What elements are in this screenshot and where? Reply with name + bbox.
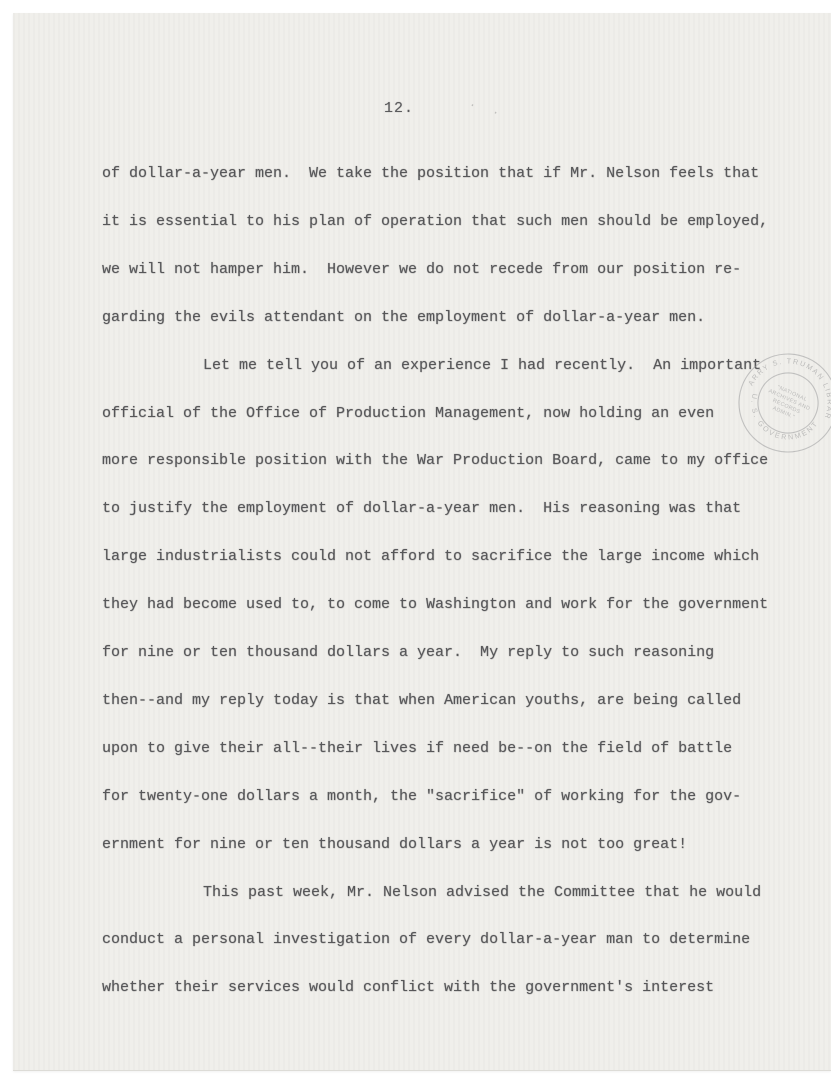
typescript-line: garding the evils attendant on the emplo… (102, 310, 705, 325)
typescript-line: we will not hamper him. However we do no… (102, 262, 741, 277)
typescript-line: of dollar-a-year men. We take the positi… (102, 166, 759, 181)
typescript-line: Let me tell you of an experience I had r… (203, 358, 761, 373)
typescript-line: for twenty-one dollars a month, the "sac… (102, 789, 741, 804)
typescript-line: ernment for nine or ten thousand dollars… (102, 837, 687, 852)
typescript-line: large industrialists could not afford to… (102, 549, 759, 564)
scan-background: 12. · · of dollar-a-year men. We take th… (0, 0, 831, 1082)
document-page: 12. · · of dollar-a-year men. We take th… (13, 13, 831, 1071)
page-number: 12. (384, 101, 414, 116)
typescript-line: conduct a personal investigation of ever… (102, 932, 750, 947)
typescript-line: for nine or ten thousand dollars a year.… (102, 645, 714, 660)
typescript-line: more responsible position with the War P… (102, 453, 768, 468)
stray-mark: · · (467, 98, 506, 123)
typescript-line: upon to give their all--their lives if n… (102, 741, 732, 756)
typescript-line: to justify the employment of dollar-a-ye… (102, 501, 741, 516)
typescript-line: whether their services would conflict wi… (102, 980, 714, 995)
typescript-line: then--and my reply today is that when Am… (102, 693, 741, 708)
archives-stamp-icon: HARRY S. TRUMAN LIBRARY U. S. GOVERNMENT… (726, 341, 831, 465)
typescript-line: official of the Office of Production Man… (102, 406, 714, 421)
typescript-line: it is essential to his plan of operation… (102, 214, 768, 229)
typescript-line: they had become used to, to come to Wash… (102, 597, 768, 612)
typescript-line: This past week, Mr. Nelson advised the C… (203, 885, 761, 900)
